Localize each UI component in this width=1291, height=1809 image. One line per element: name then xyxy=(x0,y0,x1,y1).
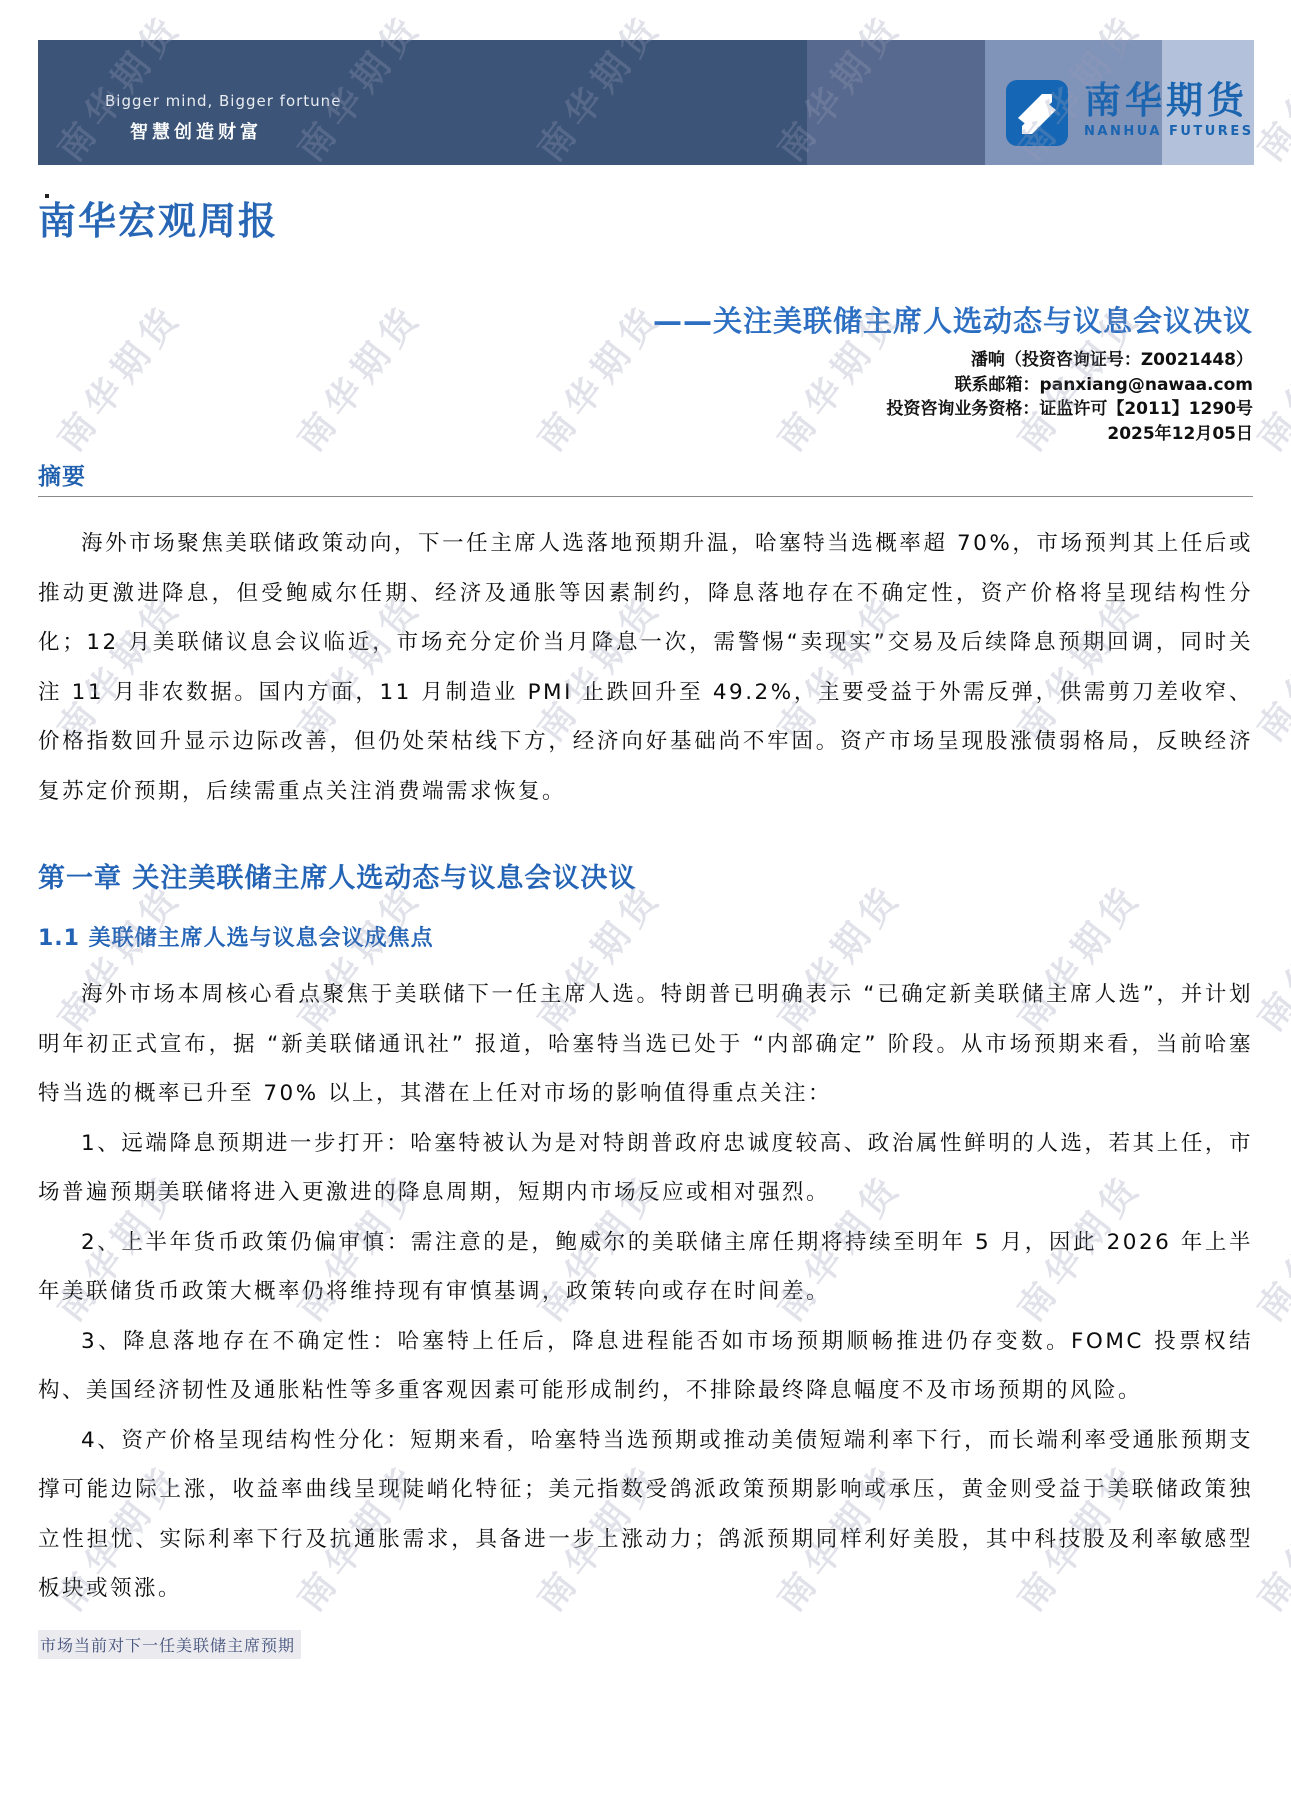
abstract-paragraph: 海外市场聚焦美联储政策动向，下一任主席人选落地预期升温，哈塞特当选概率超 70%… xyxy=(38,519,1253,816)
report-page: 南华期货南华期货南华期货南华期货南华期货南华期货南华期货南华期货南华期货南华期货… xyxy=(0,0,1291,1809)
abstract-heading: 摘要 xyxy=(38,464,86,490)
abstract-heading-rule: 摘要 xyxy=(38,458,1253,497)
chapter-title: 第一章 关注美联储主席人选动态与议息会议决议 xyxy=(38,856,1253,895)
logo-text: 南华期货 NANHUA FUTURES xyxy=(1084,80,1254,139)
body-paragraph: 海外市场本周核心看点聚焦于美联储下一任主席人选。特朗普已明确表示 “已确定新美联… xyxy=(38,970,1253,1119)
logo-name-zh: 南华期货 xyxy=(1084,80,1254,122)
page-title: 南华宏观周报 xyxy=(38,180,1253,245)
report-subtitle: ——关注美联储主席人选动态与议息会议决议 xyxy=(38,299,1253,340)
page-artifact-dot xyxy=(45,194,49,198)
body-paragraph: 1、远端降息预期进一步打开：哈塞特被认为是对特朗普政府忠诚度较高、政治属性鲜明的… xyxy=(38,1119,1253,1218)
body-paragraph: 3、降息落地存在不确定性：哈塞特上任后，降息进程能否如市场预期顺畅推进仍存变数。… xyxy=(38,1317,1253,1416)
banner-tagline-en: Bigger mind, Bigger fortune xyxy=(105,92,341,110)
company-logo: 南华期货 NANHUA FUTURES xyxy=(1006,80,1254,146)
section-title: 1.1 美联储主席人选与议息会议成焦点 xyxy=(38,921,1253,952)
email-line: 联系邮箱：panxiang@nawaa.com xyxy=(38,373,1253,398)
banner-band-mid xyxy=(807,40,985,165)
logo-name-en: NANHUA FUTURES xyxy=(1084,124,1254,139)
banner-tagline-zh: 智慧创造财富 xyxy=(130,118,262,144)
nanhua-logo-icon xyxy=(1006,80,1068,146)
section-body: 海外市场本周核心看点聚焦于美联储下一任主席人选。特朗普已明确表示 “已确定新美联… xyxy=(38,970,1253,1614)
author-line: 潘响（投资咨询证号：Z0021448） xyxy=(38,348,1253,373)
header-banner: Bigger mind, Bigger fortune 智慧创造财富 南华期货 … xyxy=(38,40,1254,165)
report-date: 2025年12月05日 xyxy=(38,422,1253,447)
body-paragraph: 2、上半年货币政策仍偏审慎：需注意的是，鲍威尔的美联储主席任期将持续至明年 5 … xyxy=(38,1218,1253,1317)
figure-caption: 市场当前对下一任美联储主席预期 xyxy=(38,1630,301,1659)
body-paragraph: 4、资产价格呈现结构性分化：短期来看，哈塞特当选预期或推动美债短端利率下行，而长… xyxy=(38,1416,1253,1614)
author-block: 潘响（投资咨询证号：Z0021448） 联系邮箱：panxiang@nawaa.… xyxy=(38,348,1253,446)
document-content: 南华宏观周报 ——关注美联储主席人选动态与议息会议决议 潘响（投资咨询证号：Z0… xyxy=(38,180,1253,1659)
qualification-line: 投资咨询业务资格：证监许可【2011】1290号 xyxy=(38,397,1253,422)
